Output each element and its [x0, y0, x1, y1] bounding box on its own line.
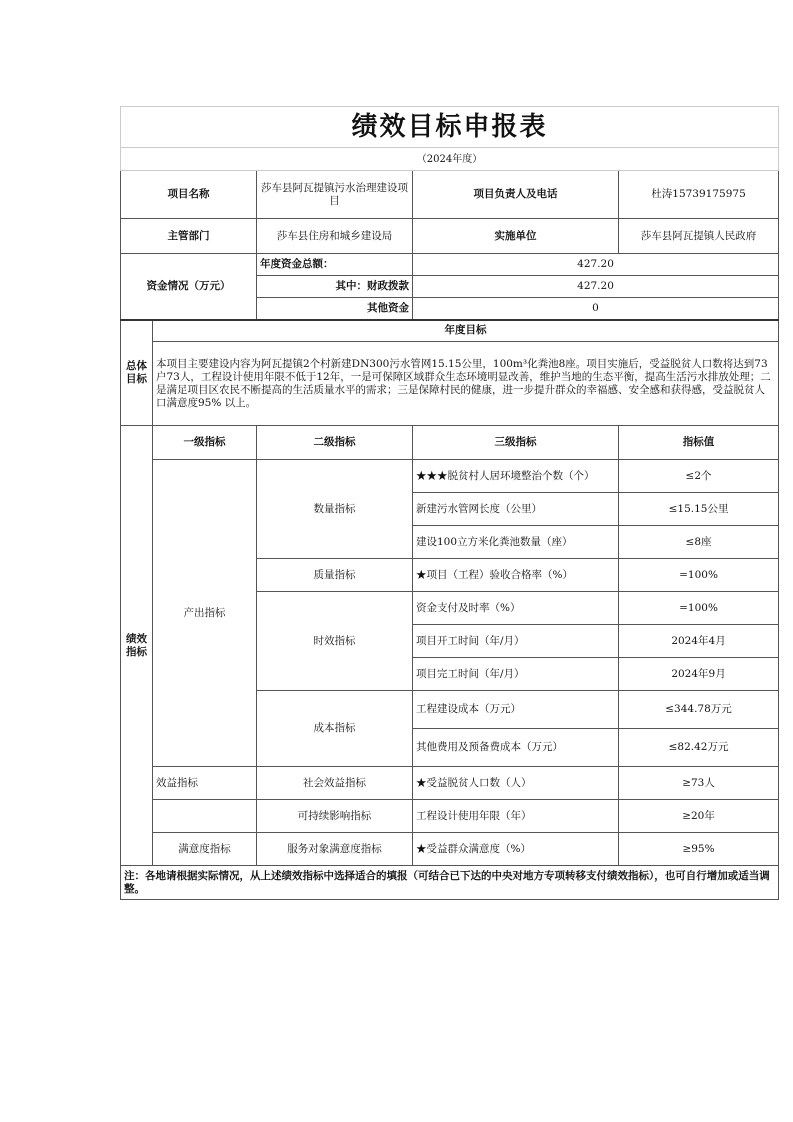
impl-value: 莎车县阿瓦提镇人民政府 — [619, 219, 779, 254]
indicator-name: 工程建设成本（万元） — [413, 691, 619, 729]
indicators-side-label: 绩效指标 — [121, 426, 153, 866]
indicator-name: ★项目（工程）验收合格率（%） — [413, 559, 619, 592]
indicator-name: ★受益脱贫人口数（人） — [413, 767, 619, 800]
annual-goal-header: 年度目标 — [153, 320, 779, 342]
project-name-value: 莎车县阿瓦提镇污水治理建设项目 — [257, 171, 413, 219]
dept-value: 莎车县住房和城乡建设局 — [257, 219, 413, 254]
indicator-value: ≤8座 — [619, 526, 779, 559]
indicator-value: =100% — [619, 592, 779, 625]
contact-value: 杜涛15739175975 — [619, 171, 779, 219]
header-level3: 三级指标 — [413, 426, 619, 460]
indicator-value: =100% — [619, 559, 779, 592]
level2-social: 社会效益指标 — [257, 767, 413, 800]
funds-total-value: 427.20 — [413, 254, 779, 276]
table-row: 可持续影响指标 工程设计使用年限（年） ≥20年 — [121, 800, 779, 833]
indicator-name: 其他费用及预备费成本（万元） — [413, 729, 619, 767]
indicator-value: 2024年4月 — [619, 625, 779, 658]
level1-benefit-empty — [153, 800, 257, 833]
header-value: 指标值 — [619, 426, 779, 460]
level2-service: 服务对象满意度指标 — [257, 833, 413, 866]
contact-label: 项目负责人及电话 — [413, 171, 619, 219]
dept-label: 主管部门 — [121, 219, 257, 254]
level2-timeliness: 时效指标 — [257, 592, 413, 691]
level2-quality: 质量指标 — [257, 559, 413, 592]
level2-sustain: 可持续影响指标 — [257, 800, 413, 833]
indicator-name: 建设100立方米化粪池数量（座） — [413, 526, 619, 559]
year-label: （2024年度） — [121, 148, 779, 171]
indicator-value: ≥95% — [619, 833, 779, 866]
funds-total-label: 年度资金总额： — [257, 254, 413, 276]
table-row: 满意度指标 服务对象满意度指标 ★受益群众满意度（%） ≥95% — [121, 833, 779, 866]
indicator-name: ★受益群众满意度（%） — [413, 833, 619, 866]
page-title: 绩效目标申报表 — [121, 107, 779, 148]
indicator-name: 新建污水管网长度（公里） — [413, 493, 619, 526]
level1-satisfaction: 满意度指标 — [153, 833, 257, 866]
level1-benefit: 效益指标 — [153, 767, 257, 800]
indicator-value: ≤15.15公里 — [619, 493, 779, 526]
indicator-value: ≥20年 — [619, 800, 779, 833]
header-level1: 一级指标 — [153, 426, 257, 460]
header-level2: 二级指标 — [257, 426, 413, 460]
overall-goal-side-label: 总体目标 — [121, 320, 153, 426]
indicator-value: ≥73人 — [619, 767, 779, 800]
level1-output: 产出指标 — [153, 460, 257, 767]
indicator-name: ★★★脱贫村人居环境整治个数（个） — [413, 460, 619, 493]
indicator-value: 2024年9月 — [619, 658, 779, 691]
funds-fiscal-value: 427.20 — [413, 276, 779, 298]
indicator-name: 工程设计使用年限（年） — [413, 800, 619, 833]
funds-other-label: 其他资金 — [257, 298, 413, 320]
funds-label: 资金情况（万元） — [121, 254, 257, 320]
footnote: 注：各地请根据实际情况，从上述绩效指标中选择适合的填报（可结合已下达的中央对地方… — [121, 866, 779, 900]
indicator-name: 资金支付及时率（%） — [413, 592, 619, 625]
funds-fiscal-label: 其中：财政拨款 — [257, 276, 413, 298]
level2-quantity: 数量指标 — [257, 460, 413, 559]
table-row: 效益指标 社会效益指标 ★受益脱贫人口数（人） ≥73人 — [121, 767, 779, 800]
indicator-value: ≤82.42万元 — [619, 729, 779, 767]
indicator-name: 项目完工时间（年/月） — [413, 658, 619, 691]
table-row: 产出指标 数量指标 ★★★脱贫村人居环境整治个数（个） ≤2个 — [121, 460, 779, 493]
annual-goal-text: 本项目主要建设内容为阿瓦提镇2个村新建DN300污水管网15.15公里，100m… — [153, 342, 779, 426]
project-name-label: 项目名称 — [121, 171, 257, 219]
indicator-value: ≤2个 — [619, 460, 779, 493]
performance-goal-form: 绩效目标申报表 （2024年度） 项目名称 莎车县阿瓦提镇污水治理建设项目 项目… — [120, 106, 778, 900]
level2-cost: 成本指标 — [257, 691, 413, 767]
indicator-value: ≤344.78万元 — [619, 691, 779, 729]
indicator-name: 项目开工时间（年/月） — [413, 625, 619, 658]
funds-other-value: 0 — [413, 298, 779, 320]
impl-label: 实施单位 — [413, 219, 619, 254]
